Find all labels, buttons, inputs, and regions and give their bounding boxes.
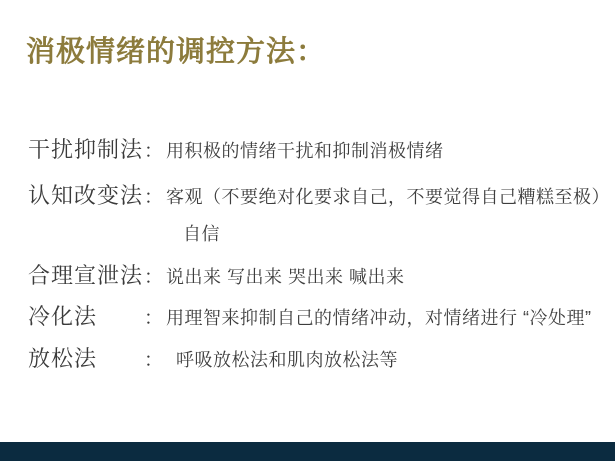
method-description: 说出来 写出来 哭出来 喊出来 bbox=[166, 263, 405, 289]
method-row-reasonable-venting: 合理宣泄法 ： 说出来 写出来 哭出来 喊出来 bbox=[28, 259, 405, 290]
method-row-relaxation: 放松法 ： 呼吸放松法和肌肉放松法等 bbox=[28, 342, 398, 373]
method-description: 用理智来抑制自己的情绪冲动，对情绪进行 “冷处理” bbox=[166, 304, 592, 330]
method-colon: ： bbox=[144, 262, 166, 289]
method-colon: ： bbox=[144, 345, 166, 372]
slide-canvas: 消极情绪的调控方法： 干扰抑制法 ： 用积极的情绪干扰和抑制消极情绪 认知改变法… bbox=[0, 0, 615, 461]
method-term: 认知改变法 bbox=[28, 179, 144, 210]
method-term: 冷化法 bbox=[28, 300, 144, 331]
method-description-continuation: 自信 bbox=[183, 220, 220, 246]
method-row-cooling: 冷化法 ： 用理智来抑制自己的情绪冲动，对情绪进行 “冷处理” bbox=[28, 300, 592, 331]
method-description: 用积极的情绪干扰和抑制消极情绪 bbox=[166, 137, 444, 163]
footer-bar bbox=[0, 442, 615, 461]
method-row-cognitive-change: 认知改变法 ： 客观（不要绝对化要求自己，不要觉得自己糟糕至极） bbox=[28, 179, 610, 210]
method-colon: ： bbox=[144, 182, 166, 209]
method-term: 干扰抑制法 bbox=[28, 133, 144, 164]
method-row-interference: 干扰抑制法 ： 用积极的情绪干扰和抑制消极情绪 bbox=[28, 133, 444, 164]
method-colon: ： bbox=[144, 136, 166, 163]
method-description: 呼吸放松法和肌肉放松法等 bbox=[166, 346, 398, 372]
method-description: 客观（不要绝对化要求自己，不要觉得自己糟糕至极） bbox=[166, 183, 610, 209]
method-colon: ： bbox=[144, 303, 166, 330]
method-term: 合理宣泄法 bbox=[28, 259, 144, 290]
method-term: 放松法 bbox=[28, 342, 144, 373]
slide-title: 消极情绪的调控方法： bbox=[26, 29, 326, 70]
